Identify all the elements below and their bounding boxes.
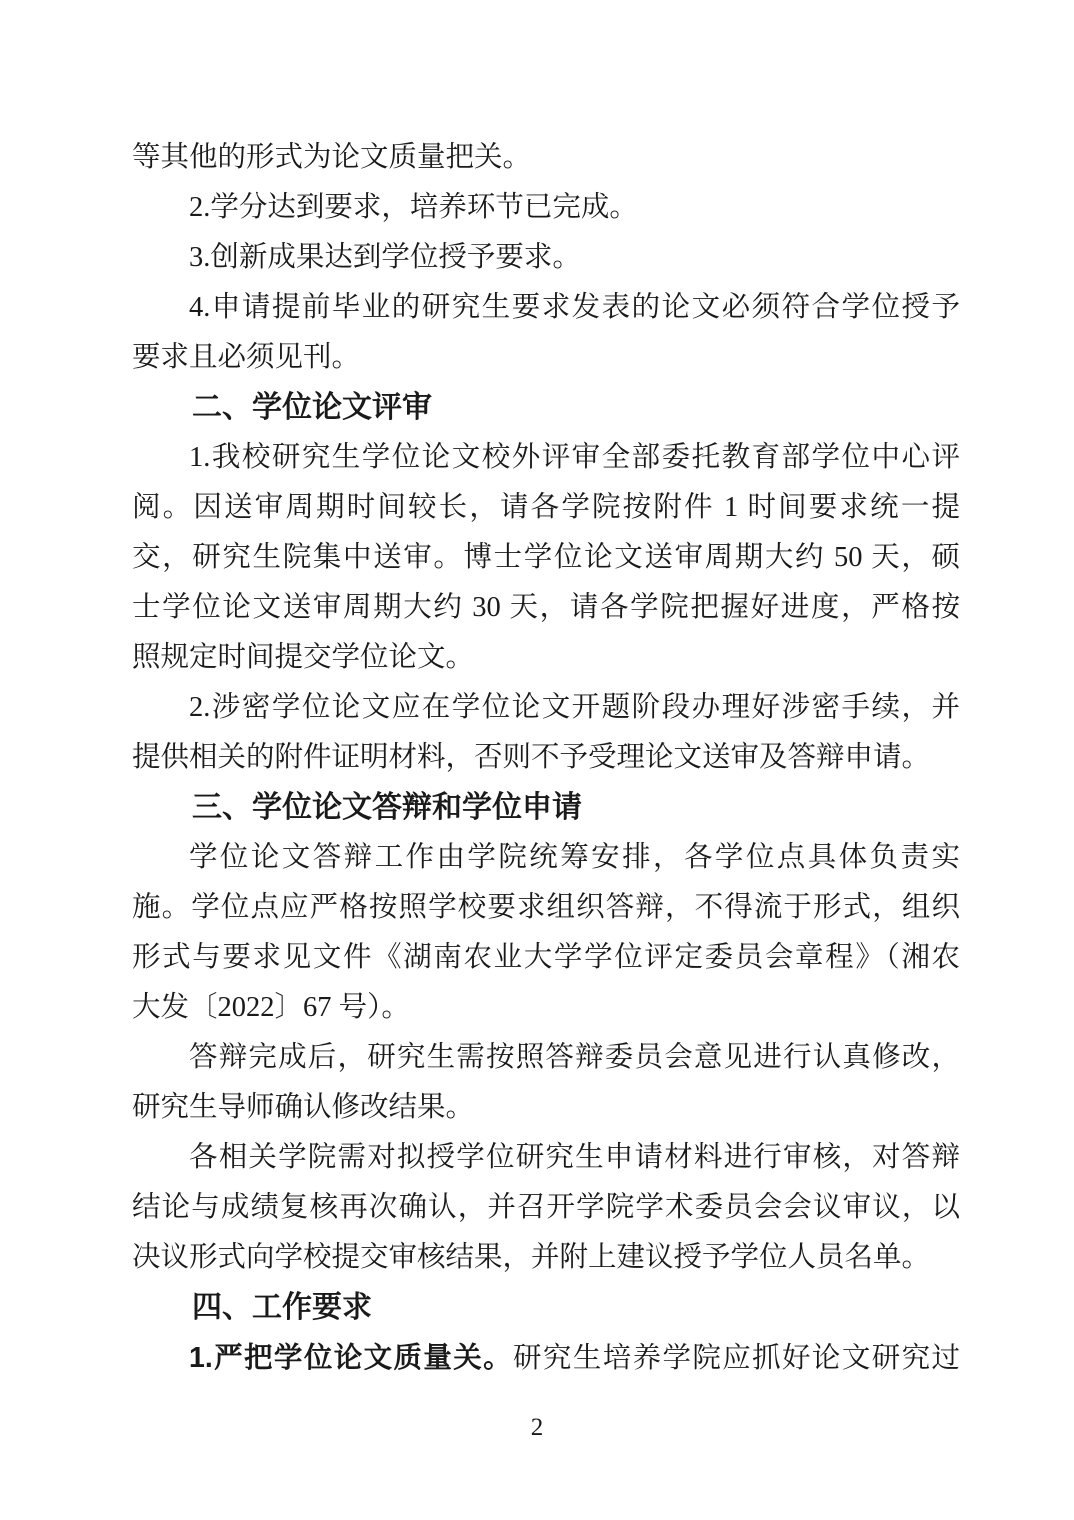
text-line: 研究生导师确认修改结果。 bbox=[132, 1083, 960, 1133]
text-line: 3.创新成果达到学位授予要求。 bbox=[132, 233, 960, 283]
text-line: 4.申请提前毕业的研究生要求发表的论文必须符合学位授予 bbox=[132, 283, 960, 333]
text-line: 结论与成绩复核再次确认，并召开学院学术委员会会议审议，以 bbox=[132, 1183, 960, 1233]
text-line: 2.学分达到要求，培养环节已完成。 bbox=[132, 183, 960, 233]
text-line: 大发〔2022〕67 号）。 bbox=[132, 983, 960, 1033]
text-line: 各相关学院需对拟授学位研究生申请材料进行审核，对答辩 bbox=[132, 1133, 960, 1183]
text-line: 阅。因送审周期时间较长，请各学院按附件 1 时间要求统一提 bbox=[132, 483, 960, 533]
text-line: 学位论文答辩工作由学院统筹安排，各学位点具体负责实 bbox=[132, 833, 960, 883]
text-line: 决议形式向学校提交审核结果，并附上建议授予学位人员名单。 bbox=[132, 1233, 960, 1283]
page-number: 2 bbox=[0, 1406, 1074, 1450]
document-page: 等其他的形式为论文质量把关。2.学分达到要求，培养环节已完成。3.创新成果达到学… bbox=[0, 0, 1074, 1520]
text-line: 1.严把学位论文质量关。研究生培养学院应抓好论文研究过 bbox=[132, 1333, 960, 1383]
text-line: 照规定时间提交学位论文。 bbox=[132, 633, 960, 683]
bold-lead-text: 1.严把学位论文质量关。 bbox=[189, 1342, 513, 1374]
text-line: 施。学位点应严格按照学校要求组织答辩，不得流于形式，组织 bbox=[132, 883, 960, 933]
text-line: 交，研究生院集中送审。博士学位论文送审周期大约 50 天，硕 bbox=[132, 533, 960, 583]
text-line: 要求且必须见刊。 bbox=[132, 333, 960, 383]
text-line: 形式与要求见文件《湖南农业大学学位评定委员会章程》（湘农 bbox=[132, 933, 960, 983]
text-line: 2.涉密学位论文应在学位论文开题阶段办理好涉密手续，并 bbox=[132, 683, 960, 733]
document-body: 等其他的形式为论文质量把关。2.学分达到要求，培养环节已完成。3.创新成果达到学… bbox=[132, 133, 960, 1383]
text-line: 等其他的形式为论文质量把关。 bbox=[132, 133, 960, 183]
section-heading: 三、学位论文答辩和学位申请 bbox=[132, 783, 960, 833]
text-line: 提供相关的附件证明材料，否则不予受理论文送审及答辩申请。 bbox=[132, 733, 960, 783]
text-line: 答辩完成后，研究生需按照答辩委员会意见进行认真修改， bbox=[132, 1033, 960, 1083]
section-heading: 二、学位论文评审 bbox=[132, 383, 960, 433]
text-line: 1.我校研究生学位论文校外评审全部委托教育部学位中心评 bbox=[132, 433, 960, 483]
text-line: 士学位论文送审周期大约 30 天，请各学院把握好进度，严格按 bbox=[132, 583, 960, 633]
section-heading: 四、工作要求 bbox=[132, 1283, 960, 1333]
